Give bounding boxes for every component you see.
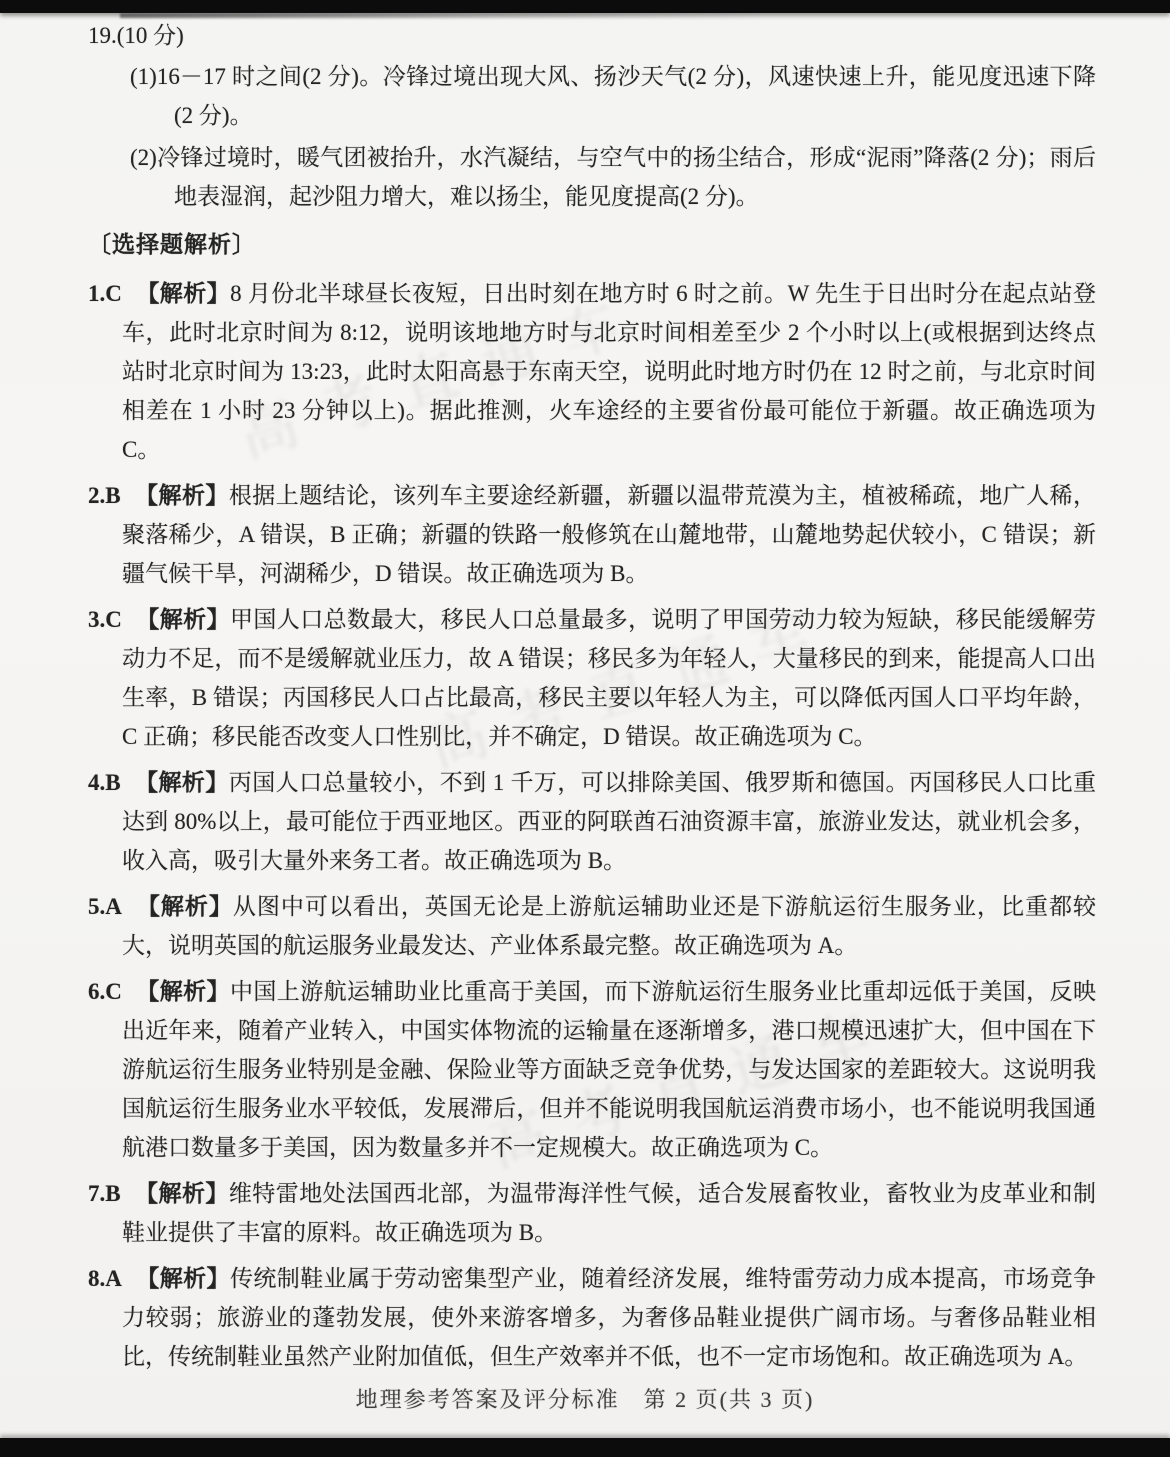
answer-text: 8 月份北半球昼长夜短，日出时刻在地方时 6 时之前。W 先生于日出时分在起点站… — [122, 281, 1096, 462]
answer-item-5: 5.A【解析】从图中可以看出，英国无论是上游航运辅助业还是下游航运衍生服务业，比… — [88, 887, 1096, 965]
answer-text: 维特雷地处法国西北部，为温带海洋性气候，适合发展畜牧业，畜牧业为皮革业和制鞋业提… — [122, 1181, 1096, 1245]
answer-number: 4.B — [88, 770, 121, 795]
answer-item-6: 6.C【解析】中国上游航运辅助业比重高于美国，而下游航运衍生服务业比重却远低于美… — [88, 972, 1096, 1167]
answer-text: 中国上游航运辅助业比重高于美国，而下游航运衍生服务业比重却远低于美国，反映出近年… — [122, 979, 1096, 1160]
question-19-heading: 19.(10 分) — [88, 16, 1096, 55]
answer-text: 根据上题结论，该列车主要途经新疆，新疆以温带荒漠为主，植被稀疏，地广人稀，聚落稀… — [122, 483, 1096, 586]
answer-text: 传统制鞋业属于劳动密集型产业，随着经济发展，维特雷劳动力成本提高，市场竞争力较弱… — [122, 1266, 1096, 1369]
answer-number: 7.B — [88, 1181, 121, 1206]
answer-item-4: 4.B【解析】丙国人口总量较小，不到 1 千万，可以排除美国、俄罗斯和德国。丙国… — [88, 763, 1096, 880]
answer-text: 从图中可以看出，英国无论是上游航运辅助业还是下游航运衍生服务业，比重都较大，说明… — [122, 894, 1096, 958]
answer-number: 8.A — [88, 1266, 122, 1291]
answer-item-2: 2.B【解析】根据上题结论，该列车主要途经新疆，新疆以温带荒漠为主，植被稀疏，地… — [88, 476, 1096, 593]
scanned-page: 高考直通车 高考直通车 高考直通车 19.(10 分) (1)16－17 时之间… — [0, 0, 1170, 1457]
answer-item-7: 7.B【解析】维特雷地处法国西北部，为温带海洋性气候，适合发展畜牧业，畜牧业为皮… — [88, 1174, 1096, 1252]
answer-item-8: 8.A【解析】传统制鞋业属于劳动密集型产业，随着经济发展，维特雷劳动力成本提高，… — [88, 1259, 1096, 1376]
analysis-tag: 【解析】 — [135, 482, 229, 508]
section-heading-choice-analysis: 〔选择题解析〕 — [88, 225, 1096, 264]
question-19-part-2: (2)冷锋过境时，暖气团被抬升，水汽凝结，与空气中的扬尘结合，形成“泥雨”降落(… — [130, 138, 1096, 216]
answer-number: 5.A — [88, 894, 122, 919]
answer-number: 1.C — [88, 281, 122, 306]
answer-text: 甲国人口总数最大，移民人口总量最多，说明了甲国劳动力较为短缺，移民能缓解劳动力不… — [122, 607, 1096, 749]
answer-number: 6.C — [88, 979, 122, 1004]
question-19-block: 19.(10 分) (1)16－17 时之间(2 分)。冷锋过境出现大风、扬沙天… — [88, 16, 1096, 216]
page-content: 19.(10 分) (1)16－17 时之间(2 分)。冷锋过境出现大风、扬沙天… — [0, 16, 1170, 1383]
answer-item-3: 3.C【解析】甲国人口总数最大，移民人口总量最多，说明了甲国劳动力较为短缺，移民… — [88, 600, 1096, 756]
page-footer: 地理参考答案及评分标准 第 2 页(共 3 页) — [0, 1383, 1170, 1414]
analysis-tag: 【解析】 — [136, 1265, 230, 1291]
answer-number: 3.C — [88, 607, 122, 632]
scan-edge-top — [0, 0, 1170, 13]
analysis-tag: 【解析】 — [136, 280, 230, 306]
analysis-tag: 【解析】 — [136, 978, 230, 1004]
answer-text: 丙国人口总量较小，不到 1 千万，可以排除美国、俄罗斯和德国。丙国移民人口比重达… — [122, 770, 1096, 873]
scan-edge-bottom — [0, 1438, 1170, 1457]
answer-item-1: 1.C【解析】8 月份北半球昼长夜短，日出时刻在地方时 6 时之前。W 先生于日… — [88, 274, 1096, 469]
answer-list: 1.C【解析】8 月份北半球昼长夜短，日出时刻在地方时 6 时之前。W 先生于日… — [88, 274, 1096, 1376]
analysis-tag: 【解析】 — [135, 769, 229, 795]
analysis-tag: 【解析】 — [135, 1180, 229, 1206]
analysis-tag: 【解析】 — [136, 893, 233, 919]
answer-number: 2.B — [88, 483, 121, 508]
analysis-tag: 【解析】 — [136, 606, 230, 632]
question-19-part-1: (1)16－17 时之间(2 分)。冷锋过境出现大风、扬沙天气(2 分)，风速快… — [130, 57, 1096, 135]
